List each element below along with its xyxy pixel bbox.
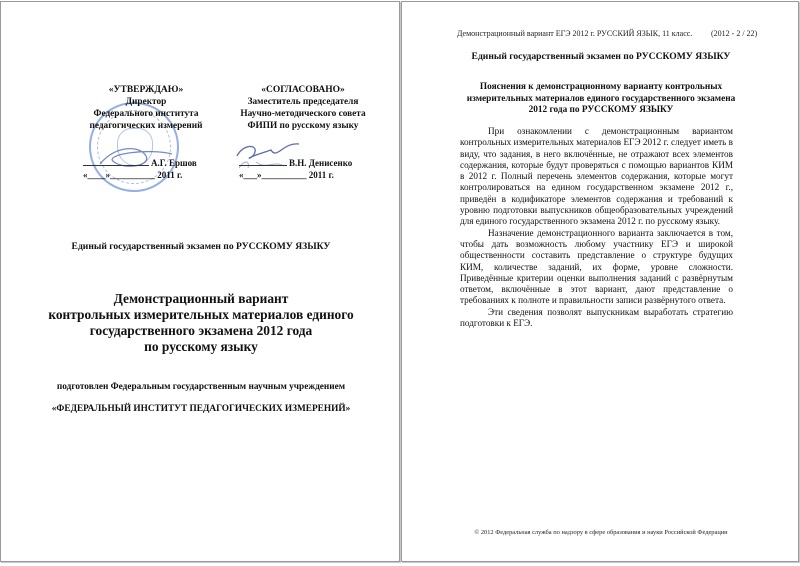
approval-organization-cont: педагогических измерений [71, 120, 221, 132]
agreement-heading: «СОГЛАСОВАНО» [227, 84, 379, 96]
running-header: Демонстрационный вариант ЕГЭ 2012 г. РУС… [457, 29, 692, 38]
exam-title: Единый государственный экзамен по РУССКО… [402, 51, 800, 62]
approval-heading: «УТВЕРЖДАЮ» [71, 84, 221, 96]
running-header-text: Демонстрационный вариант ЕГЭ 2012 г. РУС… [457, 29, 692, 38]
exam-title: Единый государственный экзамен по РУССКО… [1, 241, 401, 252]
explanation-body: При ознакомлении с демонстрационным вари… [460, 126, 733, 329]
approval-position: Директор [71, 96, 221, 108]
institute-name: «ФЕДЕРАЛЬНЫЙ ИНСТИТУТ ПЕДАГОГИЧЕСКИХ ИЗМ… [1, 404, 401, 414]
document-title-line: государственного экзамена 2012 года [1, 323, 401, 339]
document-title: Демонстрационный вариант контрольных изм… [1, 291, 401, 355]
document-spread: «УТВЕРЖДАЮ» Директор Федерального инстит… [0, 0, 800, 566]
explanation-title-line: Пояснения к демонстрационному варианту к… [432, 82, 770, 94]
explanation-title: Пояснения к демонстрационному варианту к… [432, 82, 770, 117]
agreement-signer: В.Н. Денисенко [289, 158, 352, 168]
approval-date: «____»__________ 2011 г. [83, 170, 182, 180]
approval-signature-line: А.Г. Ершов [83, 158, 197, 168]
title-page: «УТВЕРЖДАЮ» Директор Федерального инстит… [0, 1, 400, 562]
page-number: (2012 - 2 / 22) [711, 29, 757, 38]
explanation-page: Демонстрационный вариант ЕГЭ 2012 г. РУС… [401, 1, 799, 562]
explanation-title-line: 2012 года по РУССКОМУ ЯЗЫКУ [432, 105, 770, 117]
agreement-date: «___»__________ 2011 г. [239, 170, 334, 180]
document-title-line: по русскому языку [1, 339, 401, 355]
explanation-title-line: измерительных материалов единого государ… [432, 94, 770, 106]
document-title-line: Демонстрационный вариант [1, 291, 401, 307]
agreement-council: Научно-методического совета [227, 108, 379, 120]
document-title-line: контрольных измерительных материалов еди… [1, 307, 401, 323]
agreement-block: «СОГЛАСОВАНО» Заместитель председателя Н… [227, 84, 379, 132]
copyright-footer: © 2012 Федеральная служба по надзору в с… [402, 529, 800, 536]
paragraph: Назначение демонстрационного варианта за… [460, 228, 733, 307]
prepared-by: подготовлен Федеральным государственным … [1, 382, 401, 392]
agreement-signature-line: В.Н. Денисенко [239, 158, 352, 168]
paragraph: Эти сведения позволят выпускникам вырабо… [460, 307, 733, 330]
approval-block: «УТВЕРЖДАЮ» Директор Федерального инстит… [71, 84, 221, 132]
paragraph: При ознакомлении с демонстрационным вари… [460, 126, 733, 228]
agreement-council-cont: ФИПИ по русскому языку [227, 120, 379, 132]
agreement-position: Заместитель председателя [227, 96, 379, 108]
approval-signer: А.Г. Ершов [151, 158, 197, 168]
approval-organization: Федерального института [71, 108, 221, 120]
